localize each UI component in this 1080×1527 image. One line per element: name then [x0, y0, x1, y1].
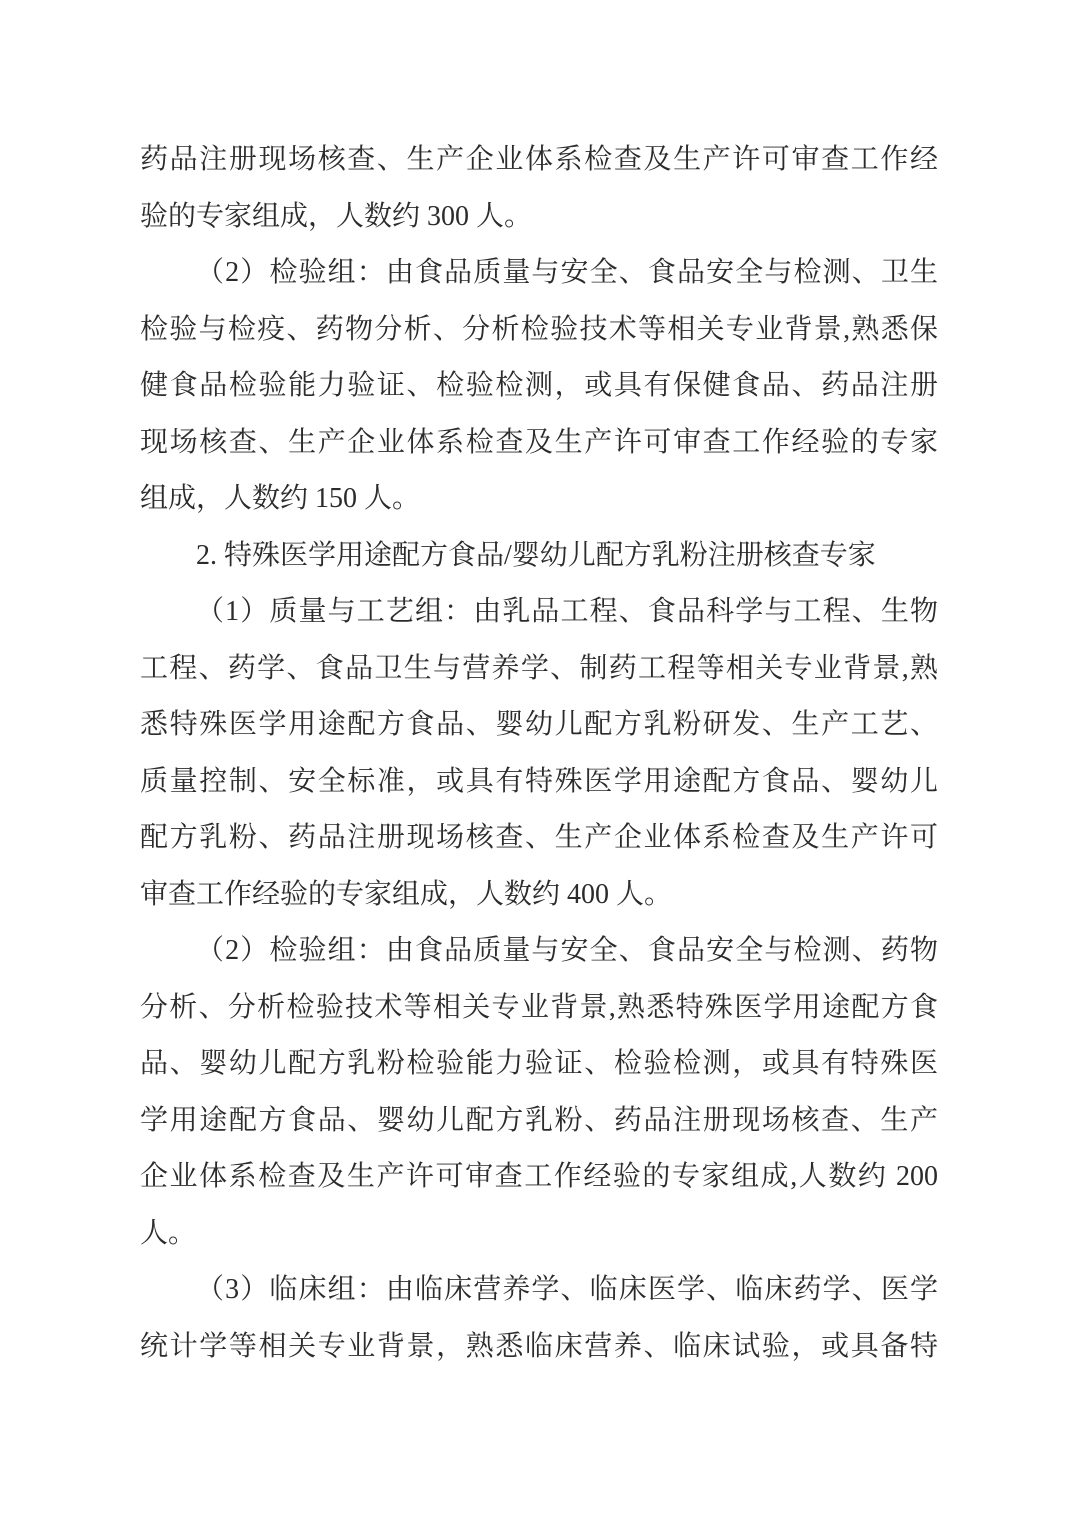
- text-line: 检验与检疫、药物分析、分析检验技术等相关专业背景,熟悉保: [140, 302, 938, 359]
- page: 药品注册现场核查、生产企业体系检查及生产许可审查工作经 验的专家组成，人数约 3…: [0, 0, 1080, 1527]
- text-line: 工程、药学、食品卫生与营养学、制药工程等相关专业背景,熟: [140, 641, 938, 698]
- text-line: 统计学等相关专业背景，熟悉临床营养、临床试验，或具备特: [140, 1319, 938, 1376]
- text-line: 悉特殊医学用途配方食品、婴幼儿配方乳粉研发、生产工艺、: [140, 697, 938, 754]
- text-line: 人。: [140, 1206, 938, 1263]
- text-line: 品、婴幼儿配方乳粉检验能力验证、检验检测，或具有特殊医: [140, 1036, 938, 1093]
- text-line: 验的专家组成，人数约 300 人。: [140, 189, 938, 246]
- paragraph-start-line: （2）检验组：由食品质量与安全、食品安全与检测、药物: [140, 923, 938, 980]
- text-line: 现场核查、生产企业体系检查及生产许可审查工作经验的专家: [140, 415, 938, 472]
- text-line: 配方乳粉、药品注册现场核查、生产企业体系检查及生产许可: [140, 810, 938, 867]
- text-line: 学用途配方食品、婴幼儿配方乳粉、药品注册现场核查、生产: [140, 1093, 938, 1150]
- paragraph-start-line: （3）临床组：由临床营养学、临床医学、临床药学、医学: [140, 1262, 938, 1319]
- text-line: 企业体系检查及生产许可审查工作经验的专家组成,人数约 200: [140, 1149, 938, 1206]
- section-heading: 2. 特殊医学用途配方食品/婴幼儿配方乳粉注册核查专家: [140, 528, 938, 585]
- text-line: 药品注册现场核查、生产企业体系检查及生产许可审查工作经: [140, 132, 938, 189]
- text-line: 分析、分析检验技术等相关专业背景,熟悉特殊医学用途配方食: [140, 980, 938, 1037]
- paragraph-start-line: （1）质量与工艺组：由乳品工程、食品科学与工程、生物: [140, 584, 938, 641]
- text-line: 组成，人数约 150 人。: [140, 471, 938, 528]
- text-line: 审查工作经验的专家组成，人数约 400 人。: [140, 867, 938, 924]
- text-line: 质量控制、安全标准，或具有特殊医学用途配方食品、婴幼儿: [140, 754, 938, 811]
- text-block: 药品注册现场核查、生产企业体系检查及生产许可审查工作经 验的专家组成，人数约 3…: [140, 132, 938, 1375]
- text-line: 健食品检验能力验证、检验检测，或具有保健食品、药品注册: [140, 358, 938, 415]
- paragraph-start-line: （2）检验组：由食品质量与安全、食品安全与检测、卫生: [140, 245, 938, 302]
